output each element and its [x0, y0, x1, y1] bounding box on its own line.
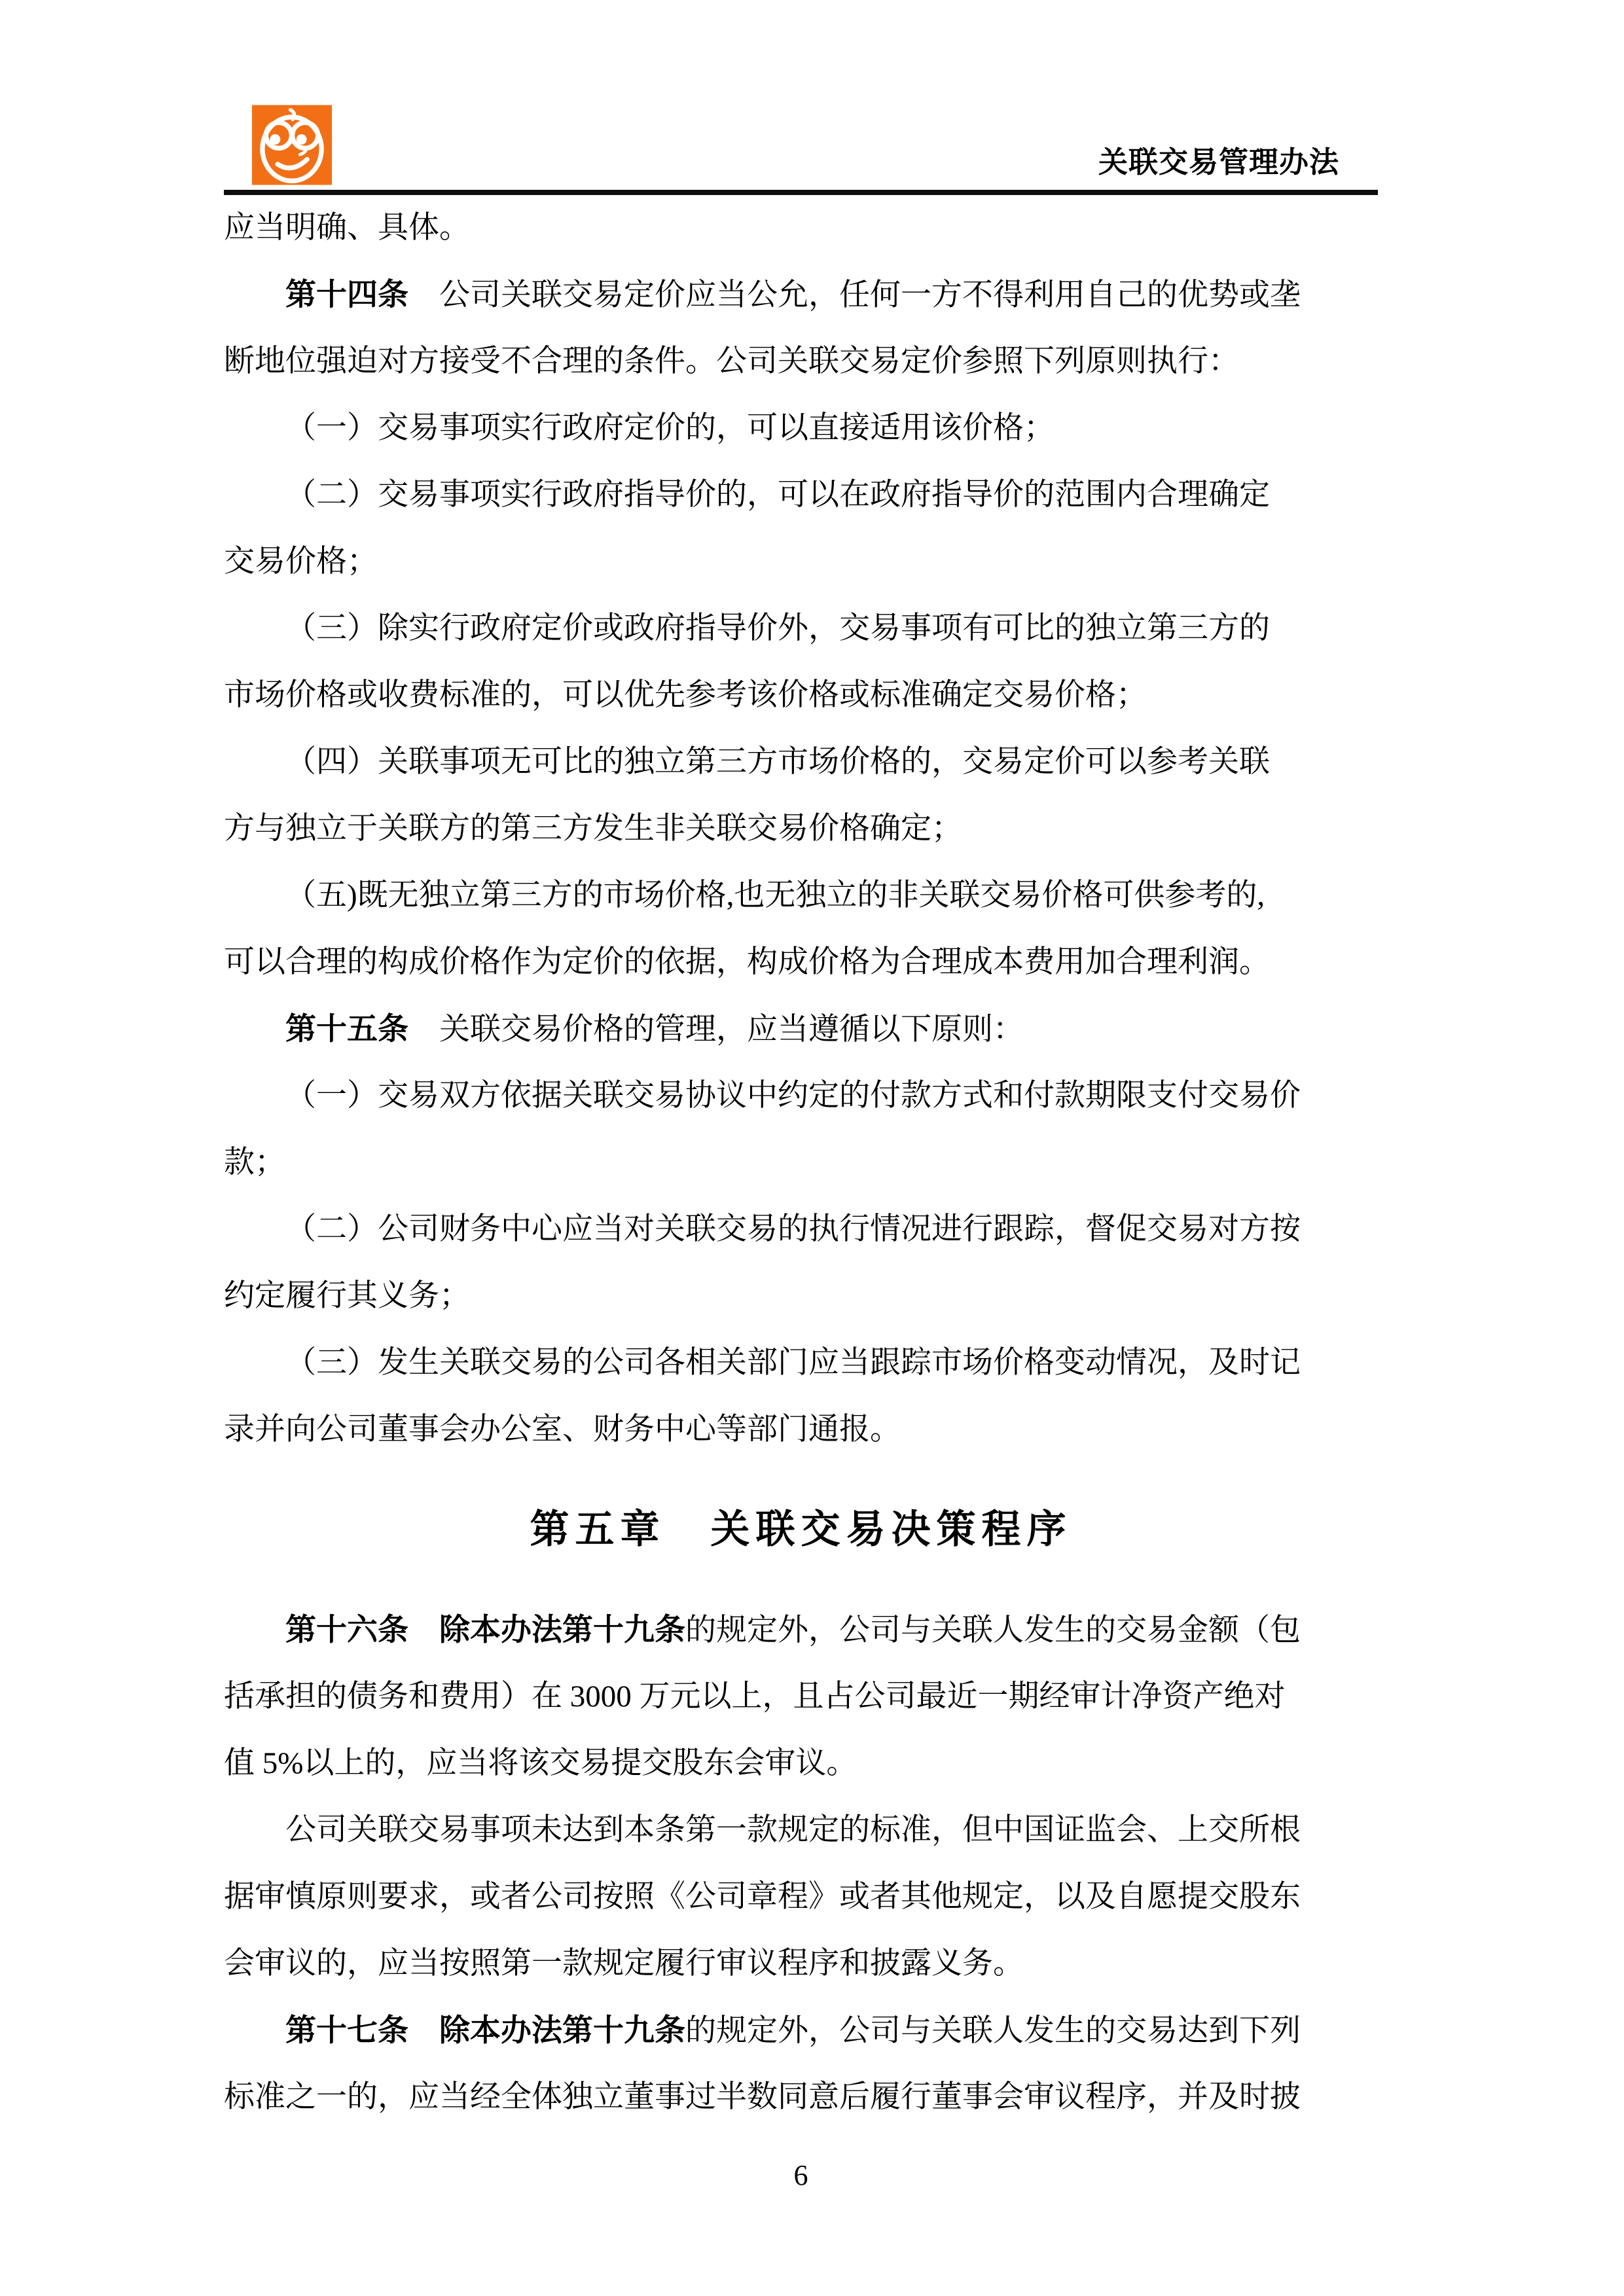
- document-line: （三）发生关联交易的公司各相关部门应当跟踪市场价格变动情况，及时记: [224, 1329, 1378, 1396]
- body-text: （一）交易事项实行政府定价的，可以直接适用该价格；: [285, 411, 1055, 445]
- emphasis-text: 第十七条: [285, 2013, 408, 2047]
- body-text: （四）关联事项无可比的独立第三方市场价格的，交易定价可以参考关联: [285, 745, 1270, 779]
- body-text: 关联交易价格的管理，应当遵循以下原则：: [408, 1013, 1024, 1047]
- document-line: 方与独立于关联方的第三方发生非关联交易价格确定；: [224, 795, 1378, 862]
- emphasis-text: 第十四条: [285, 277, 408, 312]
- body-text: （五)既无独立第三方的市场价格,也无独立的非关联交易价格可供参考的,: [285, 878, 1265, 912]
- document-line: 款；: [224, 1129, 1378, 1196]
- document-line: 约定履行其义务；: [224, 1263, 1378, 1329]
- body-text: （二）公司财务中心应当对关联交易的执行情况进行跟踪，督促交易对方按: [285, 1212, 1301, 1246]
- body-text: 款；: [224, 1145, 285, 1179]
- document-line: 公司关联交易事项未达到本条第一款规定的标准，但中国证监会、上交所根: [224, 1797, 1378, 1863]
- body-text: 应当明确、具体。: [224, 211, 470, 245]
- document-line: （二）公司财务中心应当对关联交易的执行情况进行跟踪，督促交易对方按: [224, 1196, 1378, 1263]
- body-text: 括承担的债务和费用）在 3000 万元以上，且占公司最近一期经审计净资产绝对: [224, 1679, 1286, 1713]
- chapter-heading: 第五章 关联交易决策程序: [224, 1463, 1378, 1596]
- body-text: 交易价格；: [224, 545, 378, 579]
- document-line: （四）关联事项无可比的独立第三方市场价格的，交易定价可以参考关联: [224, 728, 1378, 795]
- emphasis-text: 除本办法第十九条: [439, 1613, 685, 1647]
- body-text: 录并向公司董事会办公室、财务中心等部门通报。: [224, 1412, 901, 1446]
- body-text: 公司关联交易定价应当公允，任何一方不得利用自己的优势或垄: [408, 278, 1301, 312]
- body-text: 市场价格或收费标准的，可以优先参考该价格或标准确定交易价格；: [224, 678, 1147, 712]
- emphasis-text: 第十五条: [285, 1011, 408, 1046]
- document-line: 会审议的，应当按照第一款规定履行审议程序和披露义务。: [224, 1930, 1378, 1997]
- body-text: 标准之一的，应当经全体独立董事过半数同意后履行董事会审议程序，并及时披: [224, 2080, 1301, 2114]
- body-text: 公司关联交易事项未达到本条第一款规定的标准，但中国证监会、上交所根: [285, 1813, 1301, 1847]
- page-number: 6: [224, 2156, 1378, 2195]
- header-document-title: 关联交易管理办法: [1098, 145, 1339, 179]
- body-text: 会审议的，应当按照第一款规定履行审议程序和披露义务。: [224, 1946, 1024, 1981]
- document-line: 据审慎原则要求，或者公司按照《公司章程》或者其他规定，以及自愿提交股东: [224, 1863, 1378, 1930]
- document-line: 第十四条 公司关联交易定价应当公允，任何一方不得利用自己的优势或垄: [224, 261, 1378, 328]
- document-line: 录并向公司董事会办公室、财务中心等部门通报。: [224, 1396, 1378, 1463]
- emphasis-text: 第十六条: [285, 1612, 408, 1647]
- body-text: （一）交易双方依据关联交易协议中约定的付款方式和付款期限支付交易价: [285, 1079, 1301, 1113]
- document-line: 第十七条 除本办法第十九条的规定外，公司与关联人发生的交易达到下列: [224, 1997, 1378, 2064]
- body-text: 断地位强迫对方接受不合理的条件。公司关联交易定价参照下列原则执行：: [224, 344, 1239, 378]
- body-text: （三）发生关联交易的公司各相关部门应当跟踪市场价格变动情况，及时记: [285, 1346, 1301, 1380]
- body-text: [408, 1613, 439, 1647]
- document-line: 标准之一的，应当经全体独立董事过半数同意后履行董事会审议程序，并及时披: [224, 2064, 1378, 2130]
- emphasis-text: 除本办法第十九条: [439, 2014, 685, 2048]
- body-text: 的规定外，公司与关联人发生的交易达到下列: [685, 2014, 1301, 2048]
- body-text: 约定履行其义务；: [224, 1279, 470, 1313]
- body-text: 值 5%以上的，应当将该交易提交股东会审议。: [224, 1746, 857, 1780]
- body-text: 的规定外，公司与关联人发生的交易金额（包: [685, 1613, 1301, 1647]
- body-text: （三）除实行政府定价或政府指导价外，交易事项有可比的独立第三方的: [285, 611, 1270, 645]
- body-text: [408, 2014, 439, 2048]
- document-body: 应当明确、具体。第十四条 公司关联交易定价应当公允，任何一方不得利用自己的优势或…: [224, 194, 1378, 2130]
- document-line: 可以合理的构成价格作为定价的依据，构成价格为合理成本费用加合理利润。: [224, 929, 1378, 996]
- document-line: 值 5%以上的，应当将该交易提交股东会审议。: [224, 1730, 1378, 1797]
- document-line: 断地位强迫对方接受不合理的条件。公司关联交易定价参照下列原则执行：: [224, 328, 1378, 395]
- document-line: （三）除实行政府定价或政府指导价外，交易事项有可比的独立第三方的: [224, 595, 1378, 662]
- company-logo-icon: [252, 105, 332, 185]
- document-line: 交易价格；: [224, 528, 1378, 595]
- document-line: 市场价格或收费标准的，可以优先参考该价格或标准确定交易价格；: [224, 662, 1378, 728]
- body-text: 据审慎原则要求，或者公司按照《公司章程》或者其他规定，以及自愿提交股东: [224, 1880, 1301, 1914]
- body-text: 可以合理的构成价格作为定价的依据，构成价格为合理成本费用加合理利润。: [224, 945, 1270, 979]
- document-line: （一）交易双方依据关联交易协议中约定的付款方式和付款期限支付交易价: [224, 1062, 1378, 1129]
- body-text: 方与独立于关联方的第三方发生非关联交易价格确定；: [224, 812, 962, 846]
- document-line: 第十五条 关联交易价格的管理，应当遵循以下原则：: [224, 996, 1378, 1062]
- document-line: （五)既无独立第三方的市场价格,也无独立的非关联交易价格可供参考的,: [224, 862, 1378, 929]
- document-line: （二）交易事项实行政府指导价的，可以在政府指导价的范围内合理确定: [224, 461, 1378, 528]
- document-line: 应当明确、具体。: [224, 194, 1378, 261]
- document-line: 第十六条 除本办法第十九条的规定外，公司与关联人发生的交易金额（包: [224, 1596, 1378, 1663]
- document-page: 关联交易管理办法 应当明确、具体。第十四条 公司关联交易定价应当公允，任何一方不…: [0, 0, 1624, 2296]
- document-line: 括承担的债务和费用）在 3000 万元以上，且占公司最近一期经审计净资产绝对: [224, 1663, 1378, 1730]
- body-text: （二）交易事项实行政府指导价的，可以在政府指导价的范围内合理确定: [285, 478, 1270, 512]
- document-line: （一）交易事项实行政府定价的，可以直接适用该价格；: [224, 395, 1378, 461]
